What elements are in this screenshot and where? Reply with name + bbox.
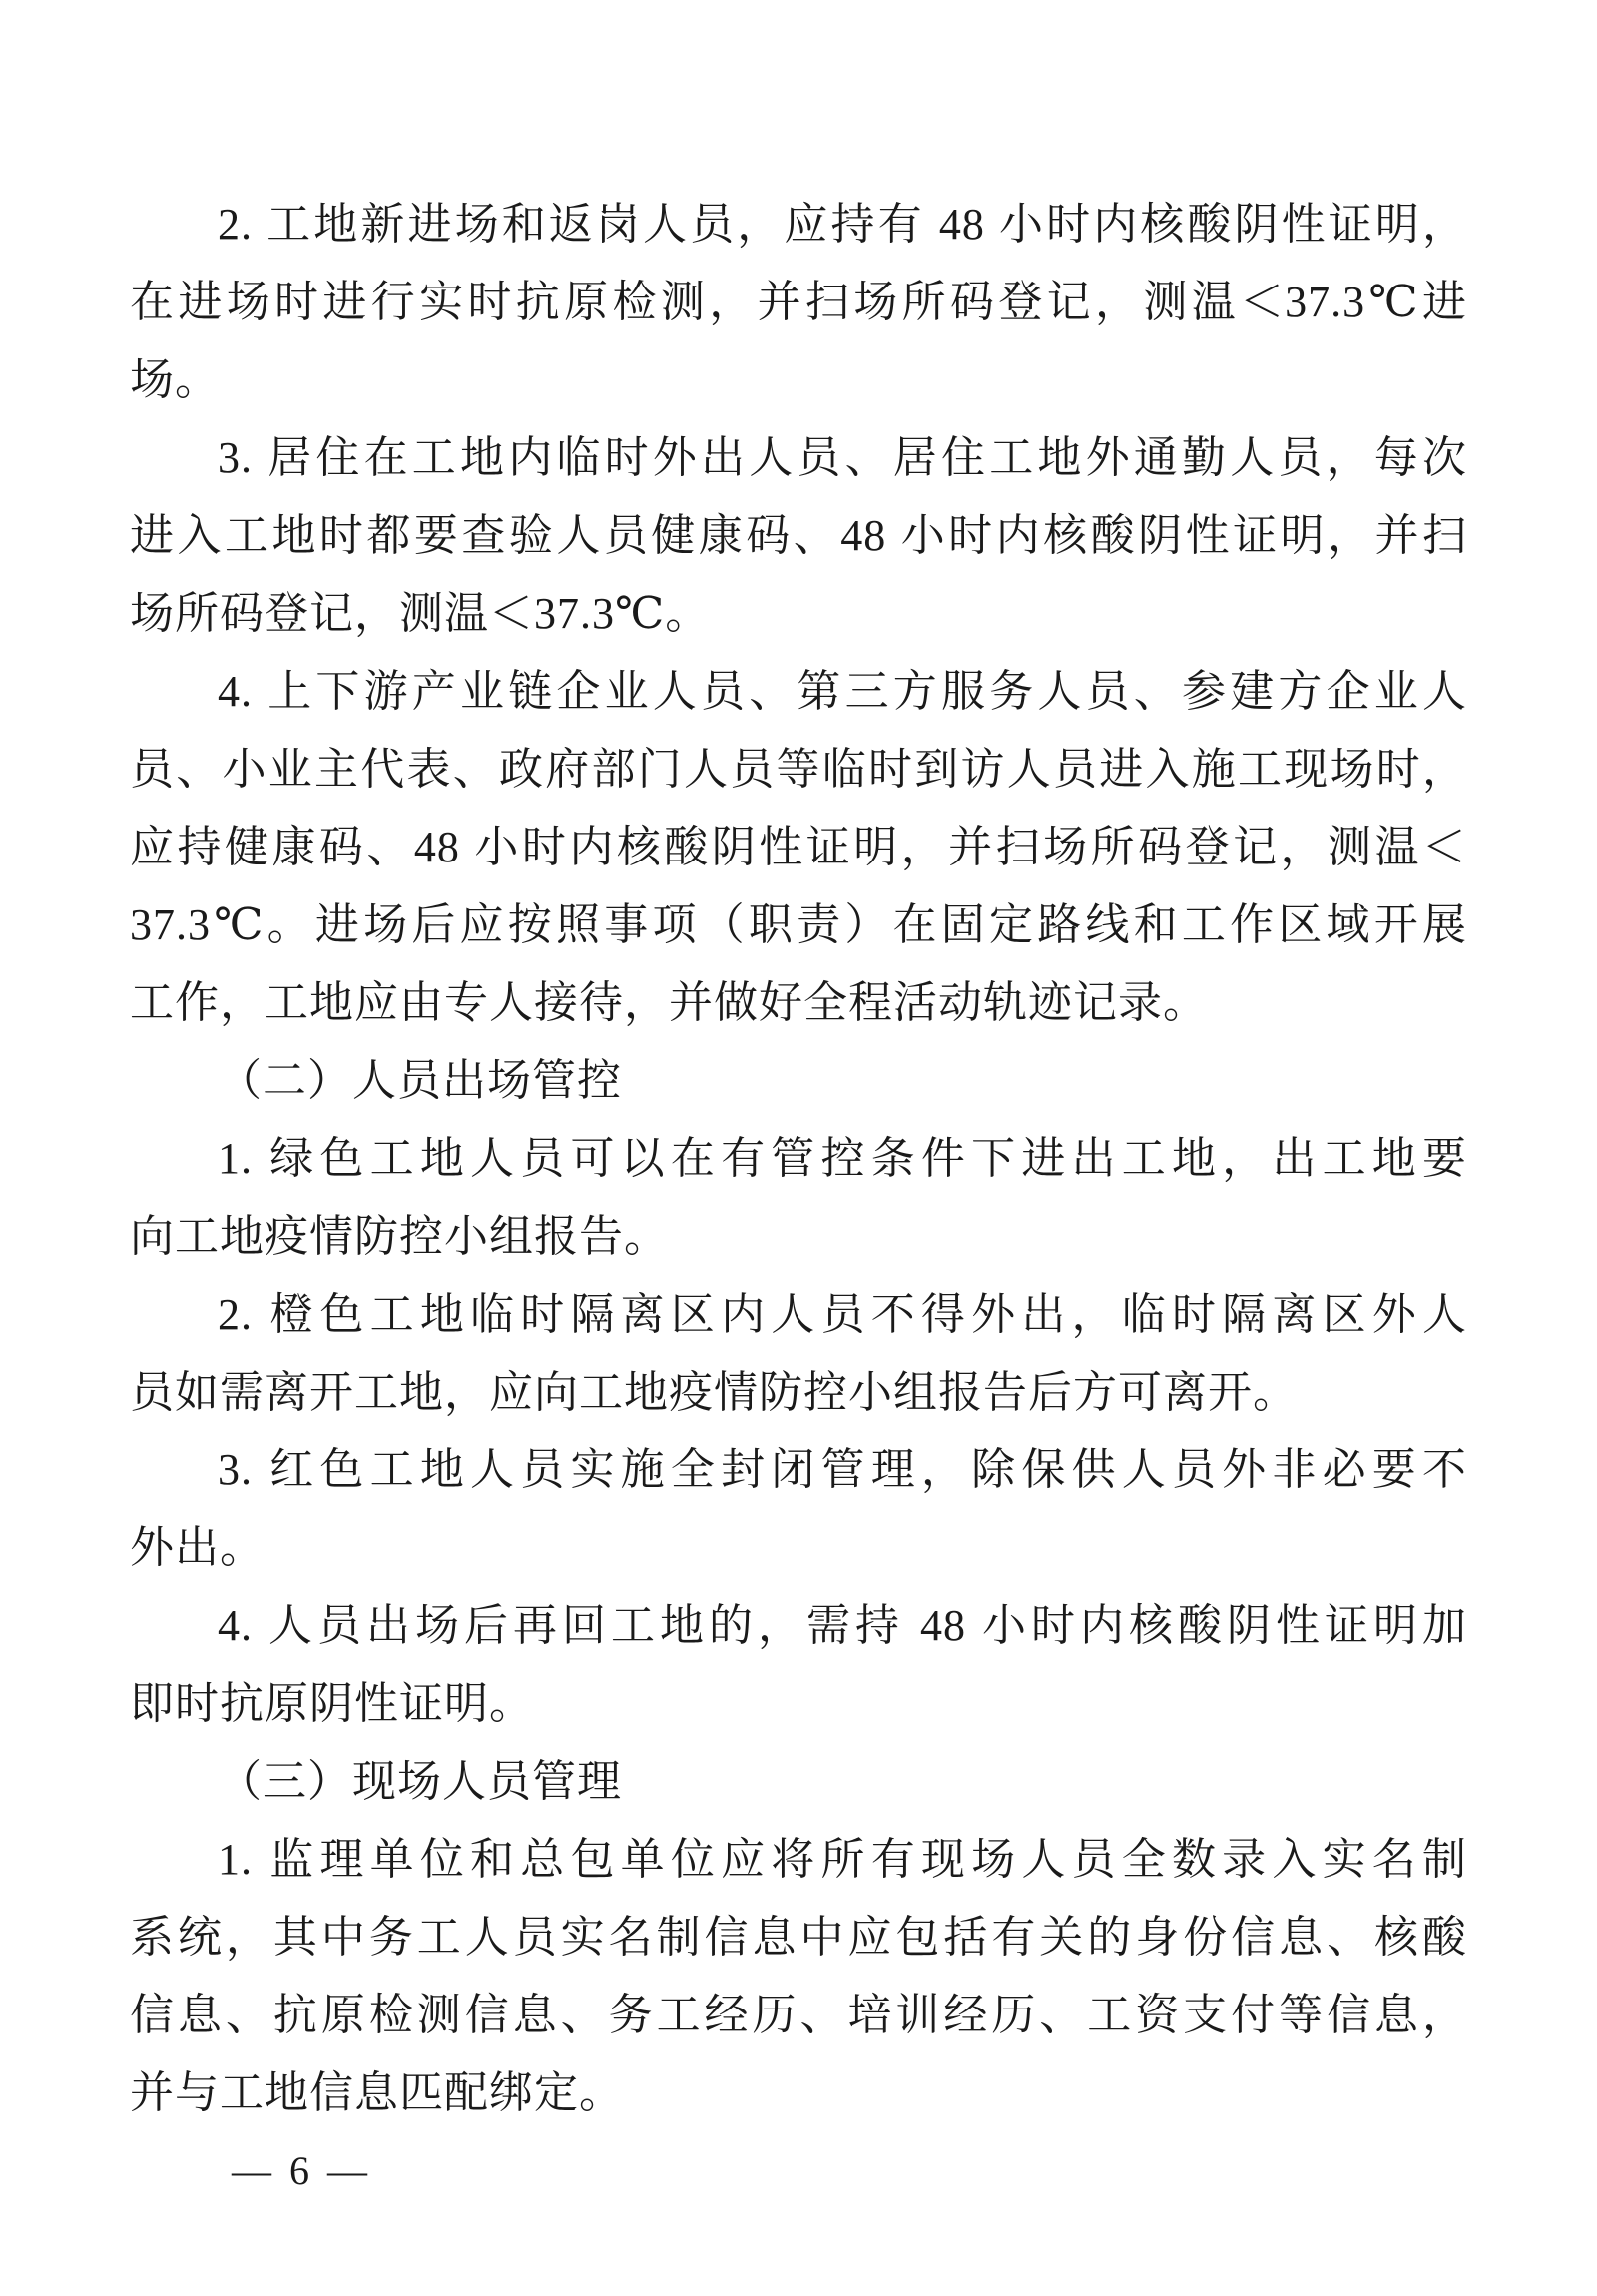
text-line: 4. 上下游产业链企业人员、第三方服务人员、参建方企业人 — [130, 653, 1467, 731]
text-line: 进入工地时都要查验人员健康码、48 小时内核酸阴性证明，并扫 — [130, 497, 1467, 575]
text-line: 在进场时进行实时抗原检测，并扫场所码登记，测温＜37.3℃进 — [130, 264, 1467, 341]
text-line: 场所码登记，测温＜37.3℃。 — [130, 575, 1467, 653]
text-line: 2. 橙色工地临时隔离区内人员不得外出，临时隔离区外人 — [130, 1276, 1467, 1354]
page-number: — 6 — — [232, 2141, 371, 2201]
text-line: 场。 — [130, 341, 1467, 419]
text-line: 1. 监理单位和总包单位应将所有现场人员全数录入实名制 — [130, 1821, 1467, 1899]
text-line: 3. 居住在工地内临时外出人员、居住工地外通勤人员，每次 — [130, 419, 1467, 497]
text-line: （二）人员出场管控 — [130, 1042, 1467, 1120]
text-line: 1. 绿色工地人员可以在有管控条件下进出工地，出工地要 — [130, 1120, 1467, 1198]
text-line: 外出。 — [130, 1509, 1467, 1587]
text-line: 员、小业主代表、政府部门人员等临时到访人员进入施工现场时， — [130, 731, 1467, 809]
text-line: 即时抗原阴性证明。 — [130, 1665, 1467, 1743]
text-line: 37.3℃。进场后应按照事项（职责）在固定路线和工作区域开展 — [130, 886, 1467, 964]
text-line: 信息、抗原检测信息、务工经历、培训经历、工资支付等信息， — [130, 1977, 1467, 2054]
text-line: 员如需离开工地，应向工地疫情防控小组报告后方可离开。 — [130, 1354, 1467, 1432]
text-line: 工作，工地应由专人接待，并做好全程活动轨迹记录。 — [130, 964, 1467, 1042]
text-line: 2. 工地新进场和返岗人员，应持有 48 小时内核酸阴性证明， — [130, 186, 1467, 264]
text-line: 向工地疫情防控小组报告。 — [130, 1198, 1467, 1276]
text-line: 应持健康码、48 小时内核酸阴性证明，并扫场所码登记，测温＜ — [130, 809, 1467, 886]
text-line: 系统，其中务工人员实名制信息中应包括有关的身份信息、核酸 — [130, 1899, 1467, 1977]
document-page: 2. 工地新进场和返岗人员，应持有 48 小时内核酸阴性证明，在进场时进行实时抗… — [0, 0, 1597, 2296]
text-line: 3. 红色工地人员实施全封闭管理，除保供人员外非必要不 — [130, 1432, 1467, 1509]
text-line: 并与工地信息匹配绑定。 — [130, 2054, 1467, 2132]
document-body: 2. 工地新进场和返岗人员，应持有 48 小时内核酸阴性证明，在进场时进行实时抗… — [130, 186, 1467, 2132]
text-line: （三）现场人员管理 — [130, 1743, 1467, 1821]
text-line: 4. 人员出场后再回工地的，需持 48 小时内核酸阴性证明加 — [130, 1587, 1467, 1665]
